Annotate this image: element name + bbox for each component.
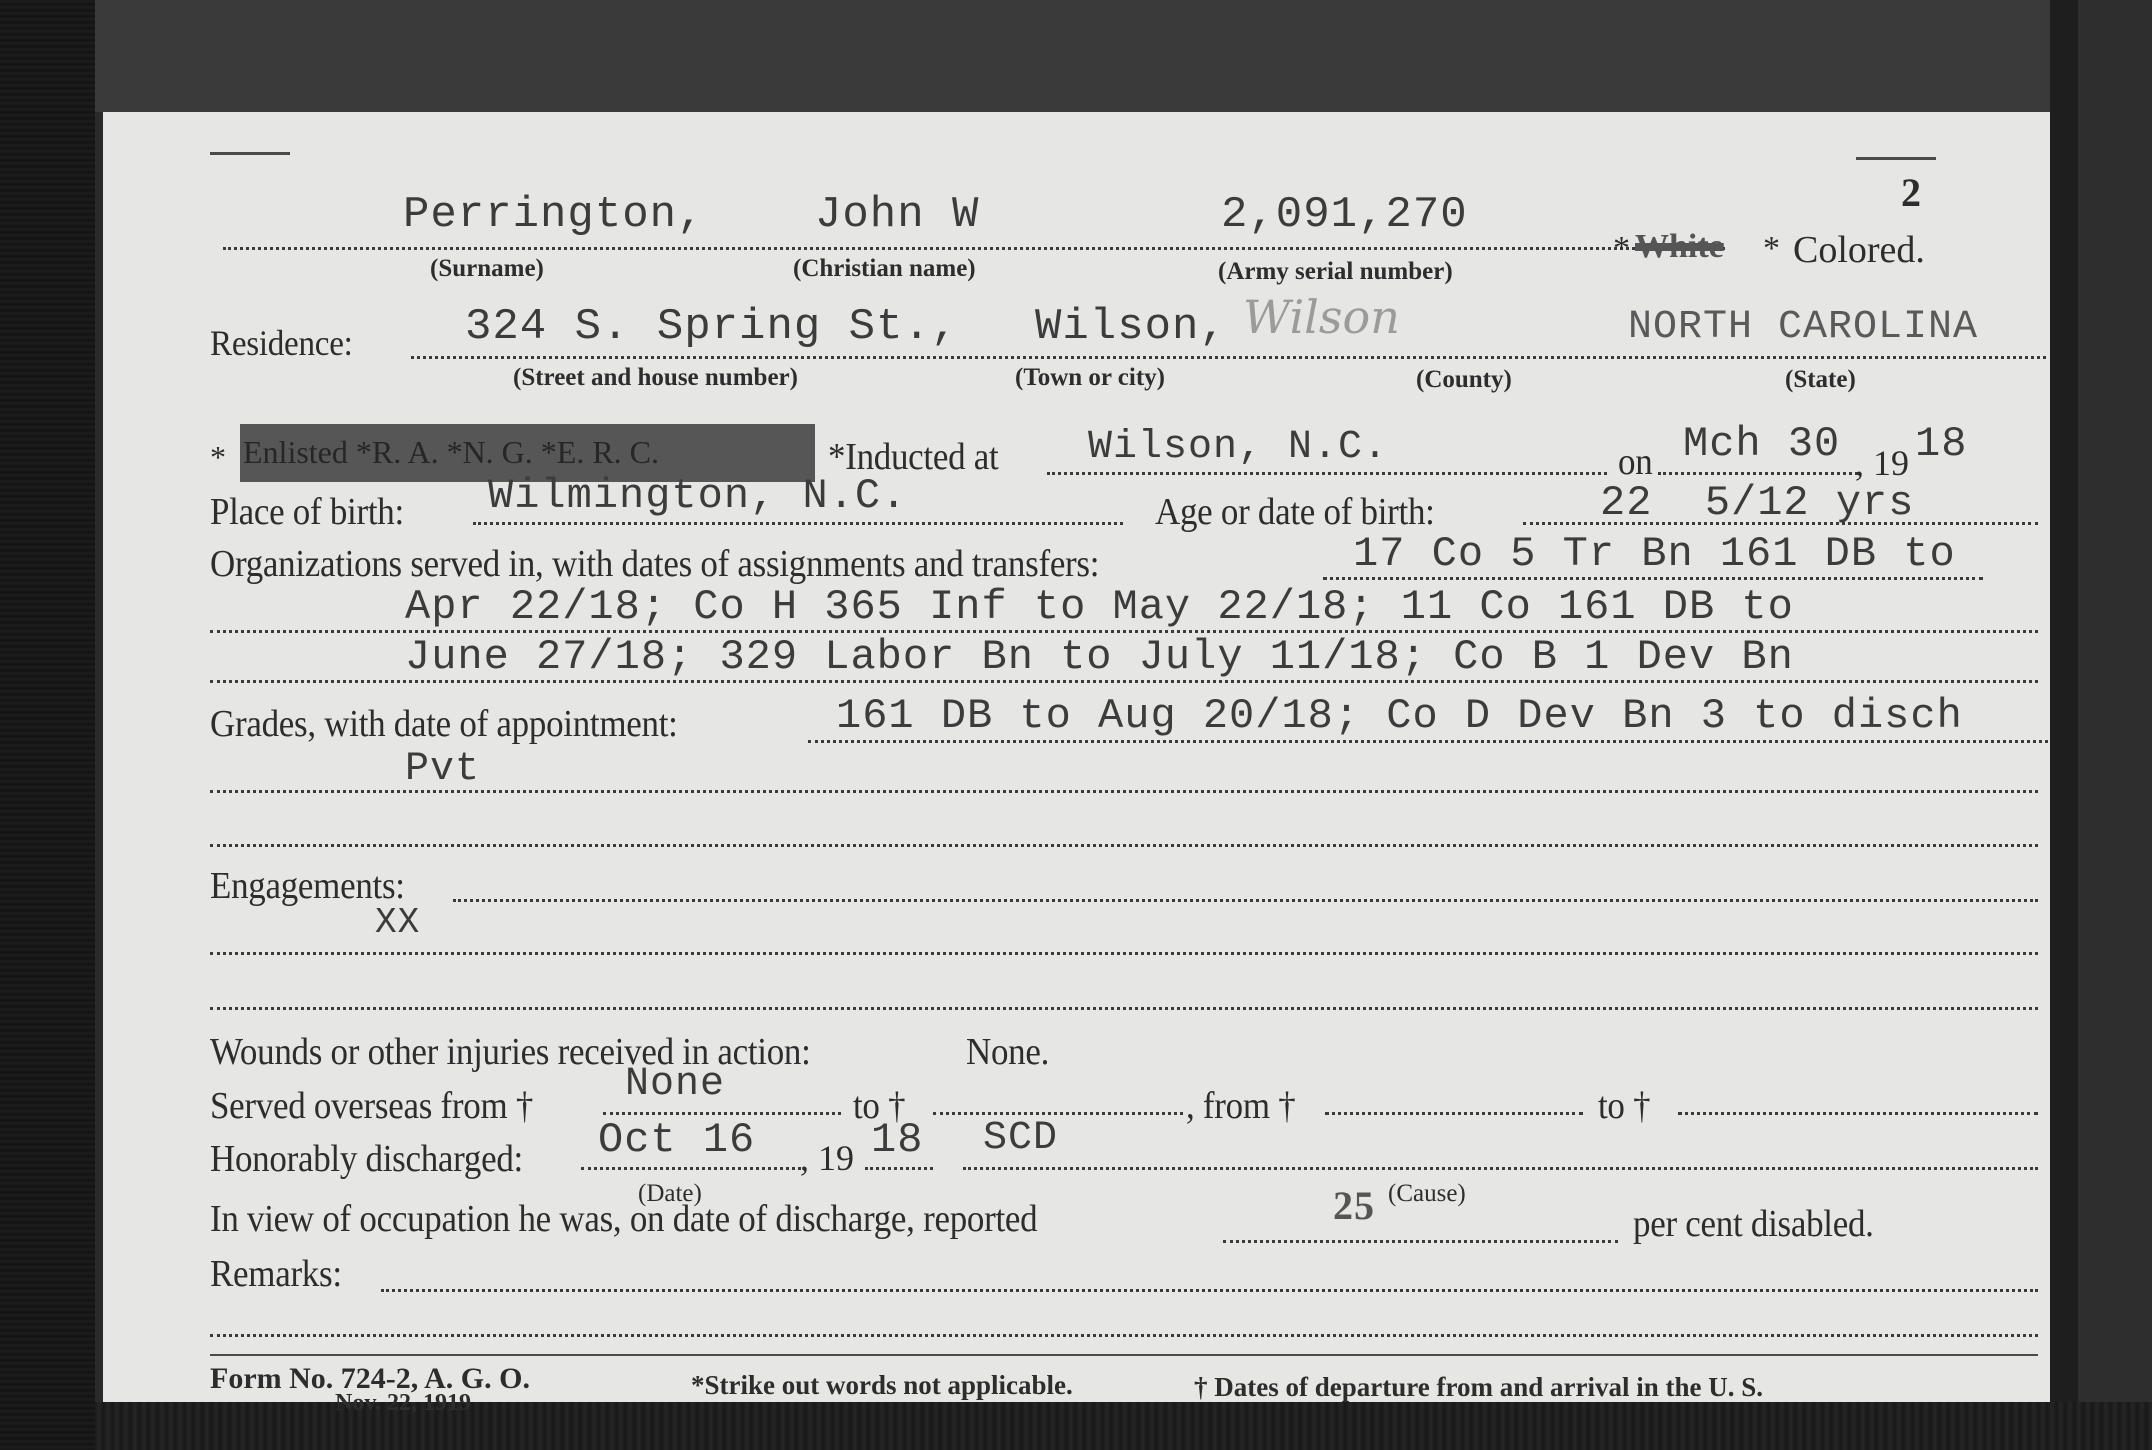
remarks-label: Remarks: (210, 1252, 342, 1296)
age-line (1523, 522, 2038, 525)
discharged-year-prefix: , 19 (800, 1137, 854, 1179)
overseas-from-value: None (625, 1062, 725, 1107)
disability-suffix: per cent disabled. (1633, 1202, 1874, 1246)
residence-line (411, 356, 2046, 359)
residence-state: NORTH CAROLINA (1628, 305, 1978, 350)
organizations-line-4: 161 DB to Aug 20/18; Co D Dev Bn 3 to di… (836, 692, 1963, 740)
serial-number-caption: (Army serial number) (1218, 258, 1453, 286)
state-caption: (State) (1785, 366, 1856, 394)
race-colored: Colored. (1793, 228, 1925, 272)
strike-note: *Strike out words not applicable. (691, 1370, 1073, 1401)
overseas-to2-label: to † (1598, 1084, 1650, 1128)
christian-name-caption: (Christian name) (793, 255, 976, 283)
place-of-birth-label: Place of birth: (210, 490, 404, 534)
inducted-date: Mch 30 (1683, 420, 1840, 468)
form-date: Nov. 22, 1919 (335, 1390, 471, 1417)
surname-value: Perrington, (403, 190, 704, 240)
race-white-struck: White (1635, 228, 1724, 266)
footer-rule (210, 1354, 2038, 1356)
discharged-date: Oct 16 (598, 1116, 755, 1164)
discharge-cause-line (963, 1167, 2038, 1170)
street-caption: (Street and house number) (513, 364, 798, 392)
remarks-line-1 (381, 1289, 2038, 1292)
inducted-line (1047, 472, 1607, 475)
card-number-rule (1856, 157, 1936, 160)
organizations-line-1-rule (1323, 577, 1983, 580)
discharged-year-line (865, 1167, 933, 1170)
residence-county-handwritten: Wilson (1243, 290, 1400, 344)
scan-border-left (0, 0, 95, 1450)
organizations-label: Organizations served in, with dates of a… (210, 542, 1099, 586)
discharge-cause: SCD (983, 1116, 1058, 1161)
race-asterisk-2: * (1763, 230, 1780, 268)
serial-number-value: 2,091,270 (1221, 190, 1468, 240)
grades-value: Pvt (405, 747, 480, 792)
engagements-line-1-rule (453, 899, 2038, 902)
residence-street: 324 S. Spring St., (465, 302, 958, 352)
dagger-note: † Dates of departure from and arrival in… (1194, 1372, 1763, 1403)
residence-label: Residence: (210, 322, 353, 364)
overseas-from2-line (1325, 1112, 1583, 1115)
remarks-line-2 (210, 1334, 2038, 1337)
discharged-year-suffix: 18 (871, 1116, 923, 1164)
inducted-year-prefix: , 19 (1855, 442, 1909, 484)
disability-percent: 25 (1333, 1182, 1375, 1229)
discharged-date-line (581, 1167, 801, 1170)
town-caption: (Town or city) (1015, 364, 1165, 392)
christian-name-value: John W (815, 190, 979, 240)
overseas-from-line (603, 1112, 841, 1115)
grades-line-3-rule (210, 844, 2038, 847)
surname-caption: (Surname) (430, 255, 544, 283)
card-number: 2 (1901, 169, 1921, 216)
grades-line-1-rule (808, 740, 2048, 743)
on-label: on (1618, 440, 1652, 484)
place-of-birth-line (473, 522, 1123, 525)
organizations-line-1: 17 Co 5 Tr Bn 161 DB to (1353, 530, 1956, 578)
name-row-line (223, 247, 1725, 250)
overseas-from2-label: , from † (1186, 1084, 1295, 1128)
engagements-line-2-rule (210, 952, 2038, 955)
discharge-cause-caption: (Cause) (1388, 1180, 1466, 1208)
engagements-line-3-rule (210, 1007, 2038, 1010)
overseas-to-line (933, 1112, 1183, 1115)
top-left-rule (210, 152, 290, 155)
race-asterisk-1: * (1613, 230, 1630, 268)
organizations-line-3: June 27/18; 329 Labor Bn to July 11/18; … (405, 633, 1794, 681)
service-record-card: 2 Perrington, John W 2,091,270 * White *… (103, 112, 2050, 1402)
disability-line (1223, 1240, 1618, 1243)
enlistment-asterisk: * (210, 439, 226, 476)
struck-enlistment-options: Enlisted *R. A. *N. G. *E. R. C. (243, 434, 659, 471)
overseas-from-label: Served overseas from † (210, 1084, 533, 1128)
grades-label: Grades, with date of appointment: (210, 702, 678, 746)
engagements-value: XX (375, 902, 420, 943)
disability-label: In view of occupation he was, on date of… (210, 1197, 1037, 1241)
age-label: Age or date of birth: (1155, 490, 1435, 534)
county-caption: (County) (1416, 366, 1512, 394)
organizations-line-2: Apr 22/18; Co H 365 Inf to May 22/18; 11… (405, 583, 1794, 631)
residence-town: Wilson, (1035, 302, 1227, 352)
scan-border-top (95, 0, 2152, 112)
discharged-label: Honorably discharged: (210, 1137, 523, 1181)
grades-line-2-rule (210, 790, 2038, 793)
inducted-year-suffix: 18 (1915, 420, 1967, 468)
wounds-value: None. (966, 1030, 1049, 1074)
inducted-place: Wilson, N.C. (1088, 425, 1388, 470)
place-of-birth-value: Wilmington, N.C. (488, 472, 907, 520)
overseas-to2-line (1678, 1112, 2038, 1115)
inducted-date-line (1658, 472, 1858, 475)
scan-border-right (2050, 0, 2152, 1450)
organizations-line-3-rule (210, 680, 2038, 683)
age-value: 22 5/12 yrs (1600, 479, 1914, 527)
